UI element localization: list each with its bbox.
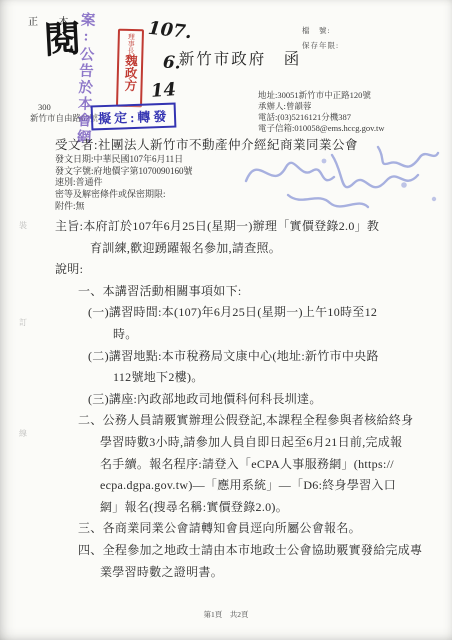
item-2: 二、公務人員請覈實辦理公假登記,本課程全程參與者核給終身 <box>0 410 452 432</box>
item-2-cont-3: ecpa.dgpa.gov.tw)—「應用系統」—「D6:終身學習入口 <box>0 475 452 497</box>
file-number-label: 檔 號: <box>302 25 331 36</box>
explanation-heading: 說明: <box>0 259 452 281</box>
contact-undertaker: 承辦人:曾韻蓉 <box>258 101 385 112</box>
item-1: 一、本講習活動相關事項如下: <box>0 281 452 303</box>
letter-body: 主旨:本府訂於107年6月25日(星期一)辦理「實價登錄2.0」教 育訓練,歡迎… <box>0 216 452 583</box>
subject-line-cont: 育訓練,歡迎踴躍報名參加,請查照。 <box>0 238 452 260</box>
item-2-cont-1: 學習時數3小時,請參加人員自即日起至6月21日前,完成報 <box>0 432 452 454</box>
speed-class-line: 速別:普通件 <box>55 177 193 189</box>
subject-line: 主旨:本府訂於107年6月25日(星期一)辦理「實價登錄2.0」教 <box>0 216 452 238</box>
item-1-2: (二)講習地點:本市稅務局文康中心(地址:新竹市中央路 <box>0 346 452 368</box>
item-4: 四、全程參加之地政士請由本市地政士公會協助覈實發給完成專 <box>0 540 452 562</box>
chairman-stamp-name: 魏政方 <box>123 54 136 92</box>
contact-address: 地址:30051新竹市中正路120號 <box>258 90 385 101</box>
issue-date-line: 發文日期:中華民國107年6月11日 <box>55 154 193 166</box>
attachment-line: 附件:無 <box>55 201 193 213</box>
item-3: 三、各商業同業公會請轉知會員逕向所屬公會報名。 <box>0 518 452 540</box>
document-meta-block: 發文日期:中華民國107年6月11日 發文字號:府地價字第1070090160號… <box>55 154 193 213</box>
secrecy-line: 密等及解密條件或保密期限: <box>55 189 193 201</box>
chairman-name-stamp: 理事長魏政方 <box>116 29 144 108</box>
scanned-official-letter: 正 本 檔 號: 保存年限: 新竹市政府 函 地址:30051新竹市中正路120… <box>0 0 452 640</box>
contact-phone: 電話:(03)5216121分機387 <box>258 112 385 123</box>
issue-number-line: 發文字號:府地價字第1070090160號 <box>55 166 193 178</box>
contact-block: 地址:30051新竹市中正路120號 承辦人:曾韻蓉 電話:(03)521612… <box>258 90 385 134</box>
handwritten-date-month: 6. <box>162 52 181 73</box>
page-number-footer: 第1頁 共2頁 <box>0 609 452 620</box>
item-1-2-cont: 112號地下2樓)。 <box>0 367 452 389</box>
item-2-cont-2: 名手續。報名程序:請登入「eCPA人事服務網」(https:// <box>0 454 452 476</box>
handwritten-date-day: 14 <box>150 79 176 102</box>
recipient-zip: 300 <box>38 102 51 112</box>
handwritten-date-year: 107. <box>147 18 193 43</box>
item-2-cont-4: 網」報名(搜尋名稱:實價登錄2.0)。 <box>0 497 452 519</box>
item-4-cont: 業學習時數之證明書。 <box>0 562 452 584</box>
chairman-stamp-title: 理事長 <box>127 33 135 54</box>
item-1-1-cont: 時。 <box>0 324 452 346</box>
item-1-1: (一)講習時間:本(107)年6月25日(星期一)上午10時至12 <box>0 302 452 324</box>
signature-scribble <box>228 133 446 225</box>
item-1-3: (三)講座:內政部地政司地價科何科長圳達。 <box>0 389 452 411</box>
action-stamp: 擬定:轉發 <box>91 103 177 131</box>
